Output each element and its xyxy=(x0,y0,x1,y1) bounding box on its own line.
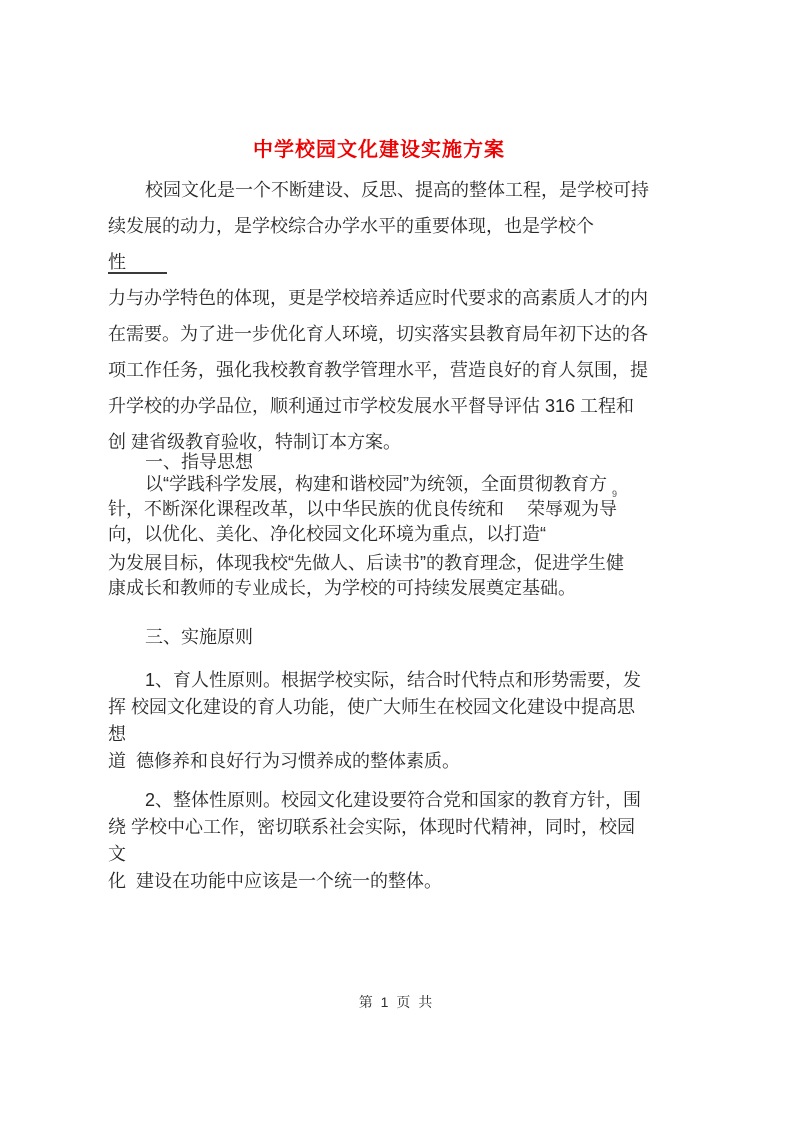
paragraph-line: 为发展目标，体现我校“先做人、后读书”的教育理念，促进学生健 xyxy=(108,551,650,576)
paragraph-line: 化 建设在功能中应该是一个统一的整体。 xyxy=(108,868,650,895)
paragraph-principle-2: 2、整体性原则。校园文化建设要符合党和国家的教育方针，围 绕 学校中心工作，密切… xyxy=(108,787,650,895)
paragraph-line: 针，不断深化课程改革，以中华民族的优良传统和 荣辱观为导 xyxy=(108,497,650,522)
document-content: 中学校园文化建设实施方案 校园文化是一个不断建设、反思、提高的整体工程，是学校可… xyxy=(0,0,793,895)
section-heading-implementation-principles: 三、实施原则 xyxy=(108,625,650,650)
page-footer-number: 第 1 页 共 xyxy=(0,992,793,1012)
stray-period-mark: . xyxy=(605,505,608,517)
paragraph-line: 向，以优化、美化、净化校园文化环境为重点，以打造“ xyxy=(108,522,650,547)
paragraph-line: 升学校的办学品位，顺利通过市学校发展水平督导评估 316 工程和 xyxy=(108,388,650,424)
paragraph-line: 在需要。为了进一步优化育人环境，切实落实县教育局年初下达的各 xyxy=(108,316,650,352)
paragraph-line: 以“学践科学发展，构建和谐校园”为统领，全面贯彻教育方 xyxy=(108,472,650,497)
paragraph-line: 挥 校园文化建设的育人功能，使广大师生在校园文化建设中提高思想 xyxy=(108,694,650,748)
paragraph-line-text: 续发展的动力，是学校综合办学水平的重要体现，也是学校个 xyxy=(108,216,594,236)
paragraph-line: 项工作任务，强化我校教育教学管理水平，营造良好的育人氛围，提 xyxy=(108,352,650,388)
page-title: 中学校园文化建设实施方案 xyxy=(108,137,650,163)
document-page: 中学校园文化建设实施方案 校园文化是一个不断建设、反思、提高的整体工程，是学校可… xyxy=(0,0,793,1122)
underlined-blank: 性 xyxy=(108,252,167,274)
paragraph-line: 续发展的动力，是学校综合办学水平的重要体现，也是学校个性 xyxy=(108,208,650,280)
paragraph-line: 1、育人性原则。根据学校实际，结合时代特点和形势需要，发 xyxy=(108,667,650,694)
paragraph-line: 道 德修养和良好行为习惯养成的整体素质。 xyxy=(108,748,650,775)
paragraph-line: 校园文化是一个不断建设、反思、提高的整体工程，是学校可持 xyxy=(108,172,650,208)
paragraph-intro: 校园文化是一个不断建设、反思、提高的整体工程，是学校可持 续发展的动力，是学校综… xyxy=(108,172,650,460)
paragraph-line: 2、整体性原则。校园文化建设要符合党和国家的教育方针，围 xyxy=(108,787,650,814)
paragraph-development-goal: 为发展目标，体现我校“先做人、后读书”的教育理念，促进学生健 康成长和教师的专业… xyxy=(108,551,650,601)
paragraph-line: 康成长和教师的专业成长，为学校的可持续发展奠定基础。 xyxy=(108,576,650,601)
paragraph-line: 绕 学校中心工作，密切联系社会实际，体现时代精神，同时，校园文 xyxy=(108,814,650,868)
paragraph-principle-1: 1、育人性原则。根据学校实际，结合时代特点和形势需要，发 挥 校园文化建设的育人… xyxy=(108,667,650,775)
paragraph-line: 力与办学特色的体现，更是学校培养适应时代要求的高素质人才的内 xyxy=(108,280,650,316)
paragraph-guiding-ideology: 以“学践科学发展，构建和谐校园”为统领，全面贯彻教育方 针，不断深化课程改革，以… xyxy=(108,472,650,547)
stray-superscript-mark: 9 xyxy=(612,490,617,499)
